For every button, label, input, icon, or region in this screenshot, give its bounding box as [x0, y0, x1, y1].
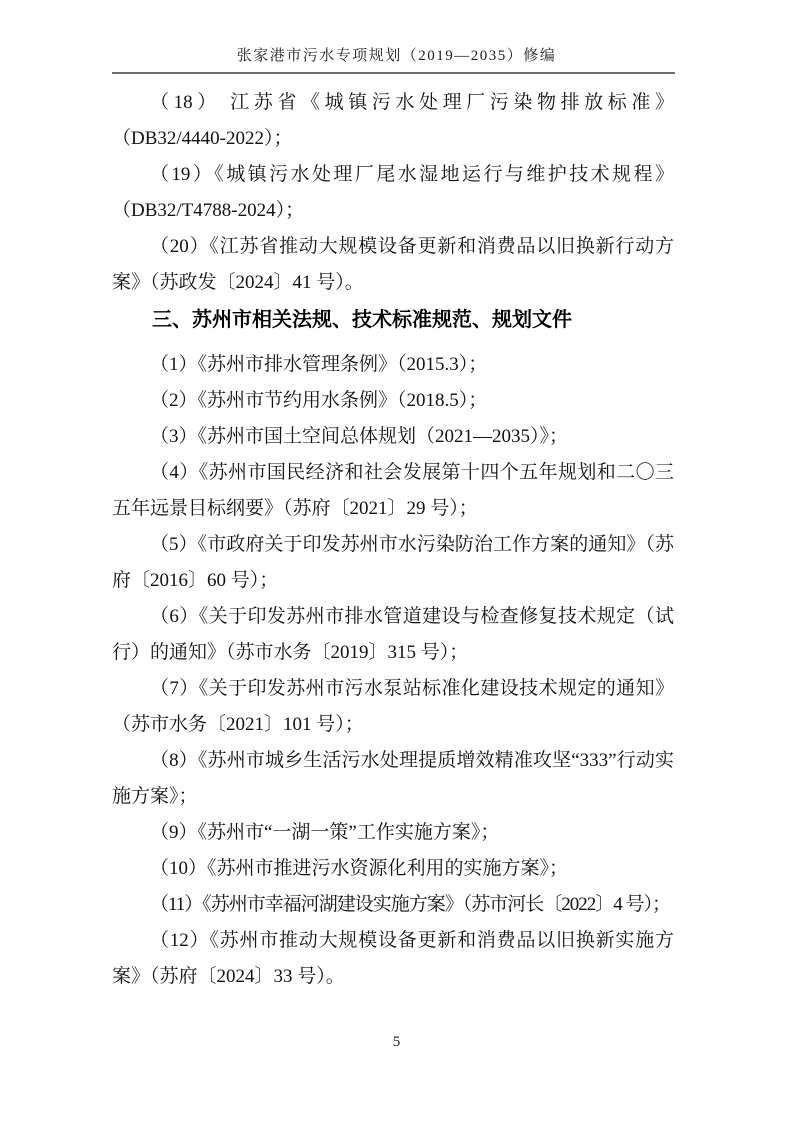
reference-item-10: （10）《苏州市推进污水资源化利用的实施方案》； [112, 851, 674, 887]
reference-item-4: （4）《苏州市国民经济和社会发展第十四个五年规划和二〇三五年远景目标纲要》（苏府… [112, 455, 674, 527]
document-body: （18） 江苏省《城镇污水处理厂污染物排放标准》（DB32/4440-2022）… [112, 85, 674, 995]
reference-item-7: （7）《关于印发苏州市污水泵站标准化建设技术规定的通知》（苏市水务〔2021〕1… [112, 671, 674, 743]
document-header-title: 张家港市污水专项规划（2019—2035）修编 [237, 48, 557, 64]
reference-item-9: （9）《苏州市“一湖一策”工作实施方案》； [112, 815, 674, 851]
reference-item-1: （1）《苏州市排水管理条例》（2015.3）； [112, 347, 674, 383]
reference-item-11: （11）《苏州市幸福河湖建设实施方案》（苏市河长〔2022〕4 号）； [112, 887, 674, 923]
reference-item-8: （8）《苏州市城乡生活污水处理提质增效精准攻坚“333”行动实施方案》； [112, 743, 674, 815]
reference-item-18: （18） 江苏省《城镇污水处理厂污染物排放标准》（DB32/4440-2022）… [112, 85, 674, 157]
reference-item-2: （2）《苏州市节约用水条例》（2018.5）； [112, 383, 674, 419]
reference-item-20: （20）《江苏省推动大规模设备更新和消费品以旧换新行动方案》（苏政发〔2024〕… [112, 229, 674, 301]
page-header: 张家港市污水专项规划（2019—2035）修编 [0, 44, 793, 65]
page-footer: 5 [0, 1034, 793, 1051]
header-rule-divider [112, 72, 675, 74]
section-heading-suzhou-regulations: 三、苏州市相关法规、技术标准规范、规划文件 [112, 302, 674, 338]
reference-item-6: （6）《关于印发苏州市排水管道建设与检查修复技术规定（试行）的通知》（苏市水务〔… [112, 599, 674, 671]
reference-item-3: （3）《苏州市国土空间总体规划（2021—2035）》； [112, 419, 674, 455]
reference-item-19: （19）《城镇污水处理厂尾水湿地运行与维护技术规程》（DB32/T4788-20… [112, 157, 674, 229]
page-number: 5 [393, 1034, 401, 1050]
reference-item-12: （12）《苏州市推动大规模设备更新和消费品以旧换新实施方案》（苏府〔2024〕3… [112, 923, 674, 995]
reference-item-5: （5）《市政府关于印发苏州市水污染防治工作方案的通知》（苏府〔2016〕60 号… [112, 527, 674, 599]
